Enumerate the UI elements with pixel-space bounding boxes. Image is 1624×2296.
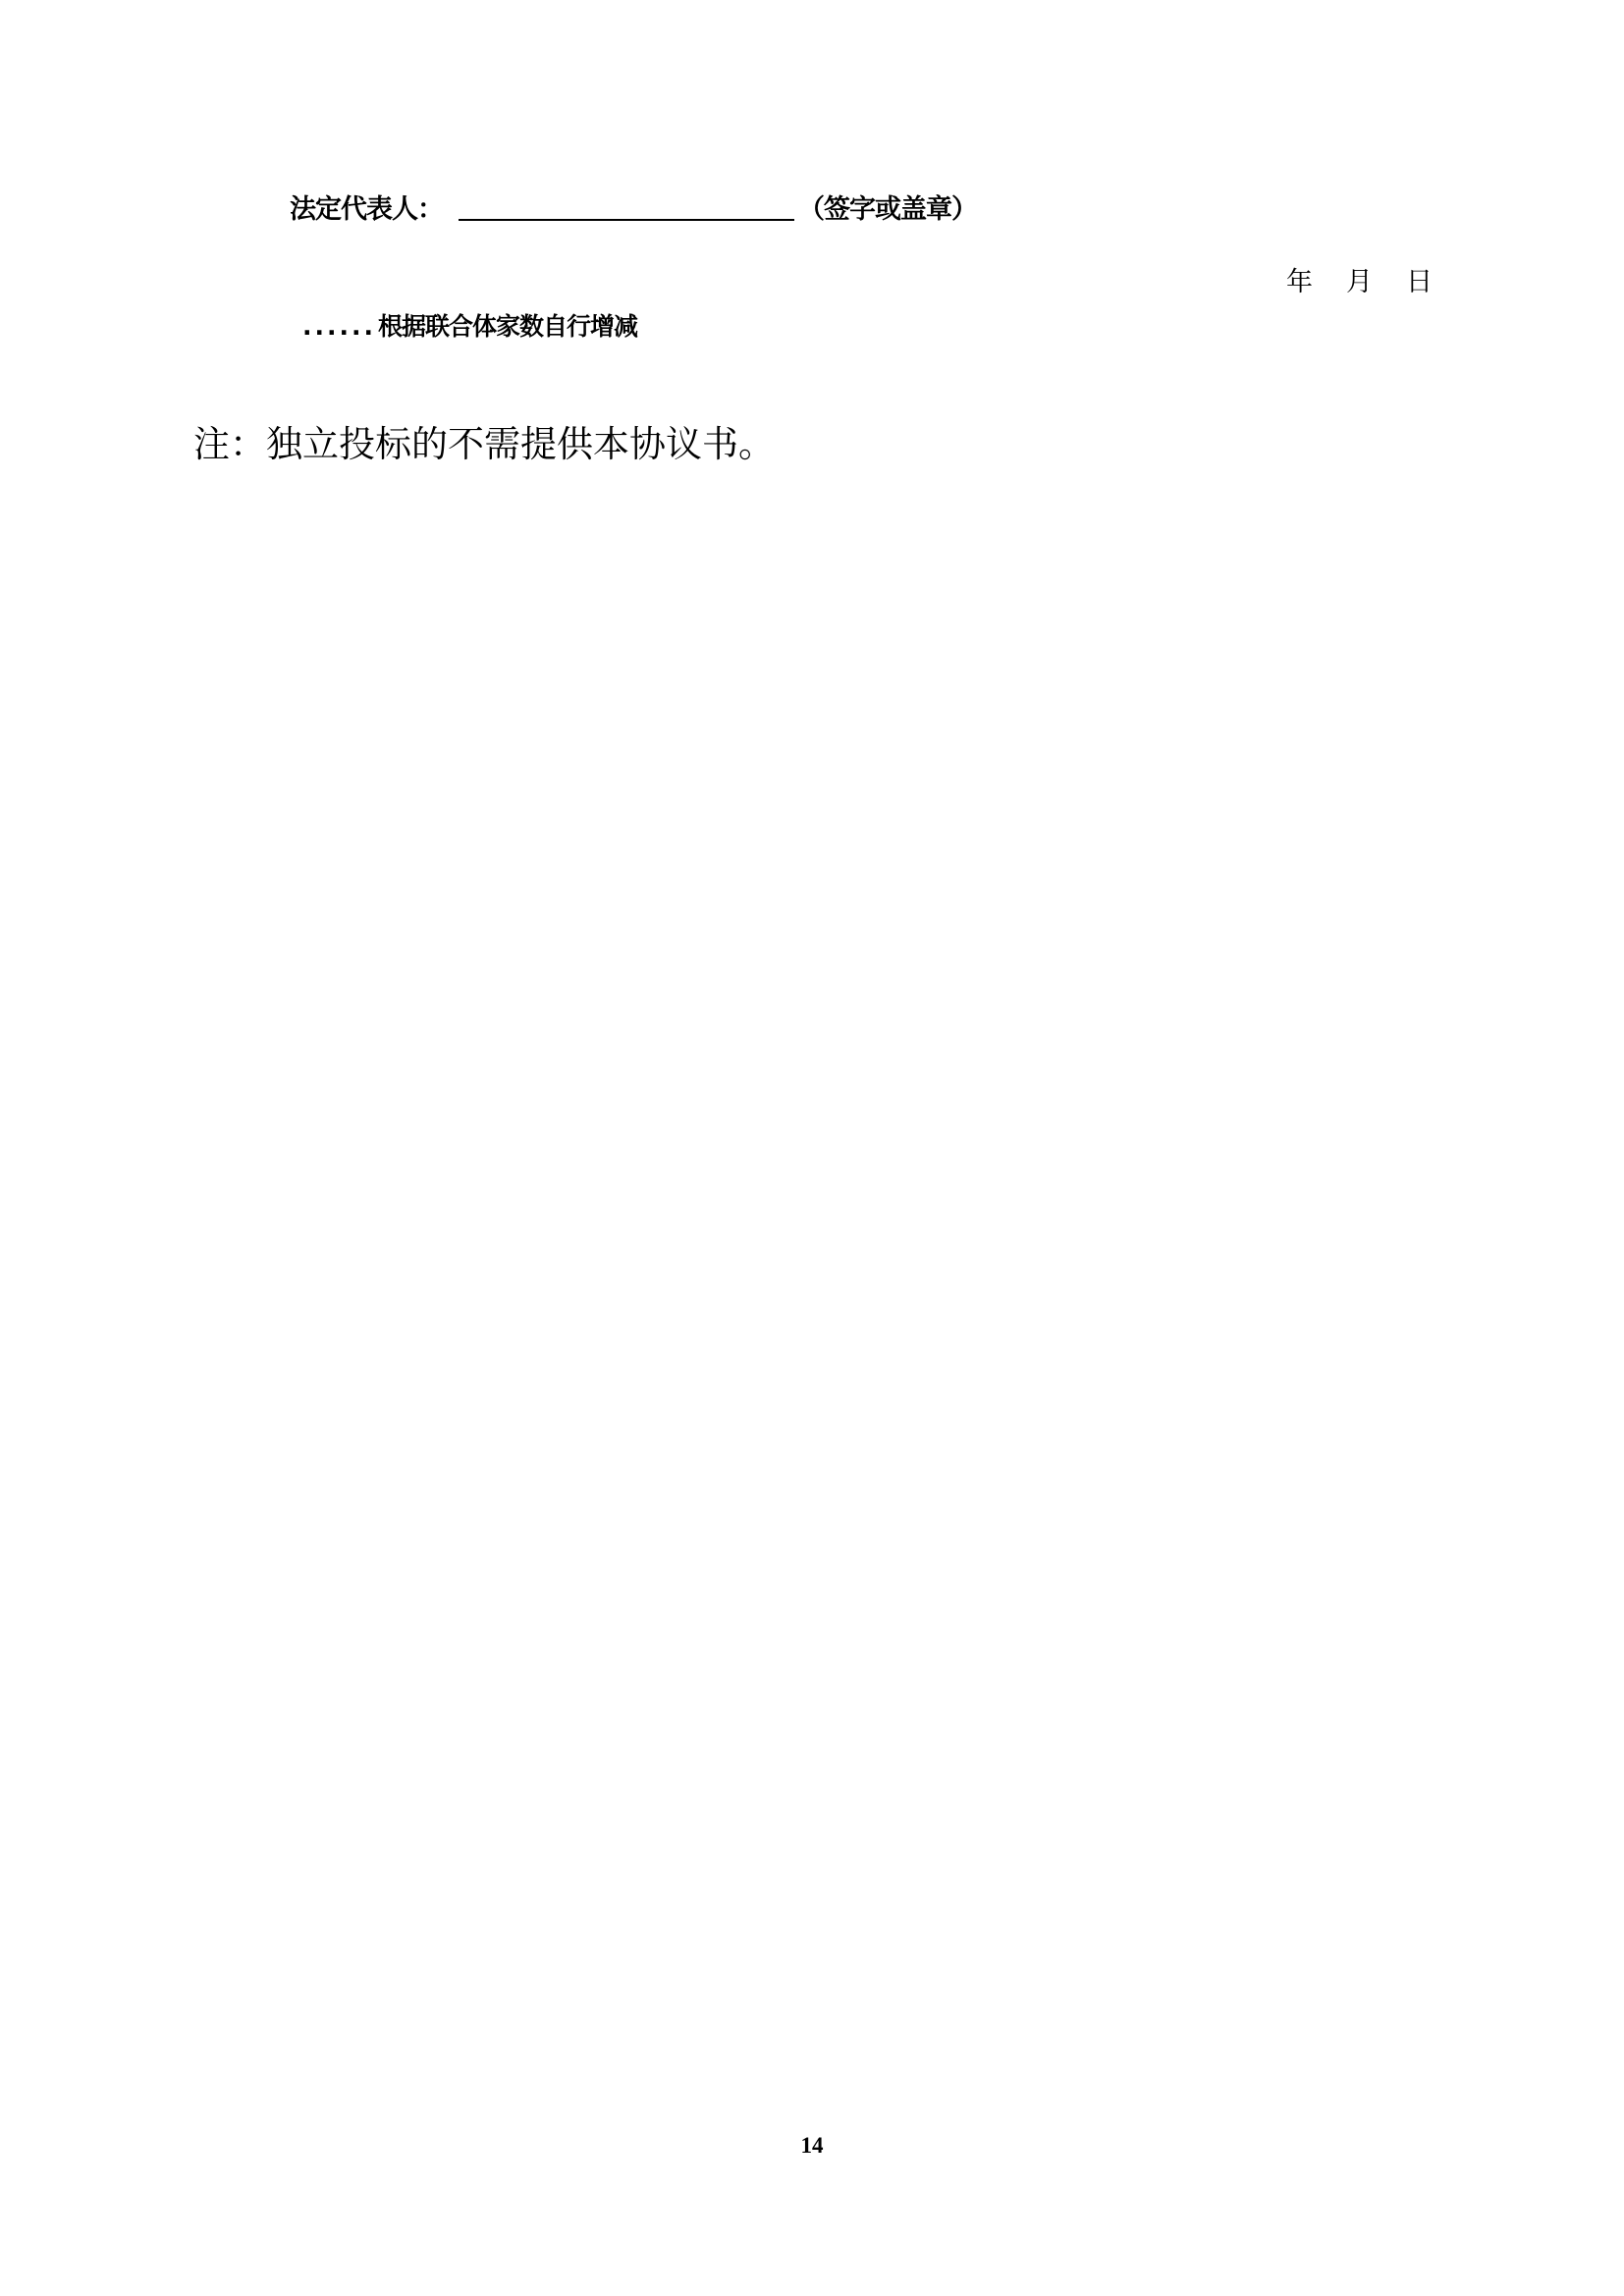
- note-text: 注：独立投标的不需提供本协议书。: [193, 420, 775, 469]
- page-number: 14: [0, 2132, 1624, 2160]
- month-label: 月: [1346, 265, 1373, 300]
- signature-blank-line: [459, 219, 794, 221]
- date-row: 年 月 日: [1286, 265, 1433, 300]
- signature-or-seal-hint: （签字或盖章）: [798, 192, 977, 228]
- ellipsis: ......: [302, 312, 376, 341]
- addendum-text: 根据联合体家数自行增减: [378, 312, 637, 341]
- legal-representative-signature-row: 法定代表人： （签字或盖章）: [290, 188, 977, 228]
- day-label: 日: [1406, 265, 1433, 300]
- consortium-addendum-row: ......根据联合体家数自行增减: [302, 310, 637, 344]
- year-label: 年: [1286, 265, 1313, 300]
- legal-representative-label: 法定代表人：: [290, 192, 443, 228]
- year-blank: [1313, 265, 1346, 300]
- document-page: 法定代表人： （签字或盖章） 年 月 日 ......根据联合体家数自行增减 注…: [0, 0, 1624, 2296]
- month-blank: [1373, 265, 1406, 300]
